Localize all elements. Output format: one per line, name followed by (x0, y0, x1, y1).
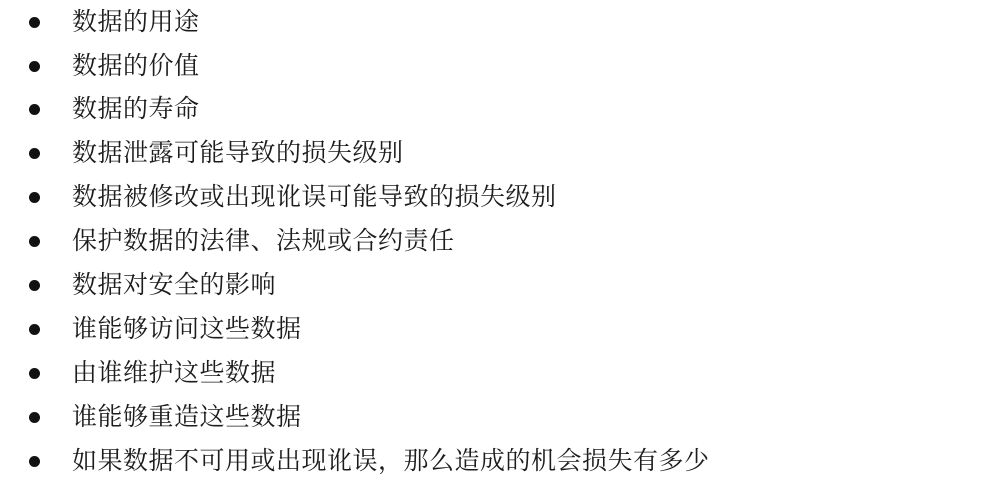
bullet-icon (29, 368, 40, 379)
list-item: 谁能够访问这些数据 (0, 309, 1000, 349)
list-item-text: 数据的用途 (72, 2, 200, 42)
bullet-icon (29, 148, 40, 159)
list-item: 数据对安全的影响 (0, 265, 1000, 305)
list-item-text: 谁能够重造这些数据 (72, 397, 302, 437)
bullet-icon (29, 324, 40, 335)
list-item-text: 保护数据的法律、法规或合约责任 (72, 221, 455, 261)
list-item: 数据的价值 (0, 46, 1000, 86)
list-item-text: 数据的寿命 (72, 89, 200, 129)
list-item-text: 数据对安全的影响 (72, 265, 276, 305)
bullet-icon (29, 17, 40, 28)
list-item-text: 由谁维护这些数据 (72, 353, 276, 393)
list-item: 谁能够重造这些数据 (0, 397, 1000, 437)
list-item-text: 数据泄露可能导致的损失级别 (72, 133, 404, 173)
bullet-icon (29, 280, 40, 291)
list-item: 如果数据不可用或出现讹误，那么造成的机会损失有多少 (0, 441, 1000, 481)
bullet-icon (29, 192, 40, 203)
bullet-icon (29, 412, 40, 423)
list-item-text: 如果数据不可用或出现讹误，那么造成的机会损失有多少 (72, 441, 710, 481)
list-item-text: 数据被修改或出现讹误可能导致的损失级别 (72, 177, 557, 217)
list-item: 数据的用途 (0, 2, 1000, 42)
bullet-icon (29, 236, 40, 247)
list-item-text: 谁能够访问这些数据 (72, 309, 302, 349)
list-item: 由谁维护这些数据 (0, 353, 1000, 393)
bullet-icon (29, 61, 40, 72)
list-item: 数据泄露可能导致的损失级别 (0, 133, 1000, 173)
list-item: 保护数据的法律、法规或合约责任 (0, 221, 1000, 261)
list-item-text: 数据的价值 (72, 46, 200, 86)
bullet-icon (29, 456, 40, 467)
bullet-icon (29, 104, 40, 115)
list-item: 数据的寿命 (0, 89, 1000, 129)
list-item: 数据被修改或出现讹误可能导致的损失级别 (0, 177, 1000, 217)
